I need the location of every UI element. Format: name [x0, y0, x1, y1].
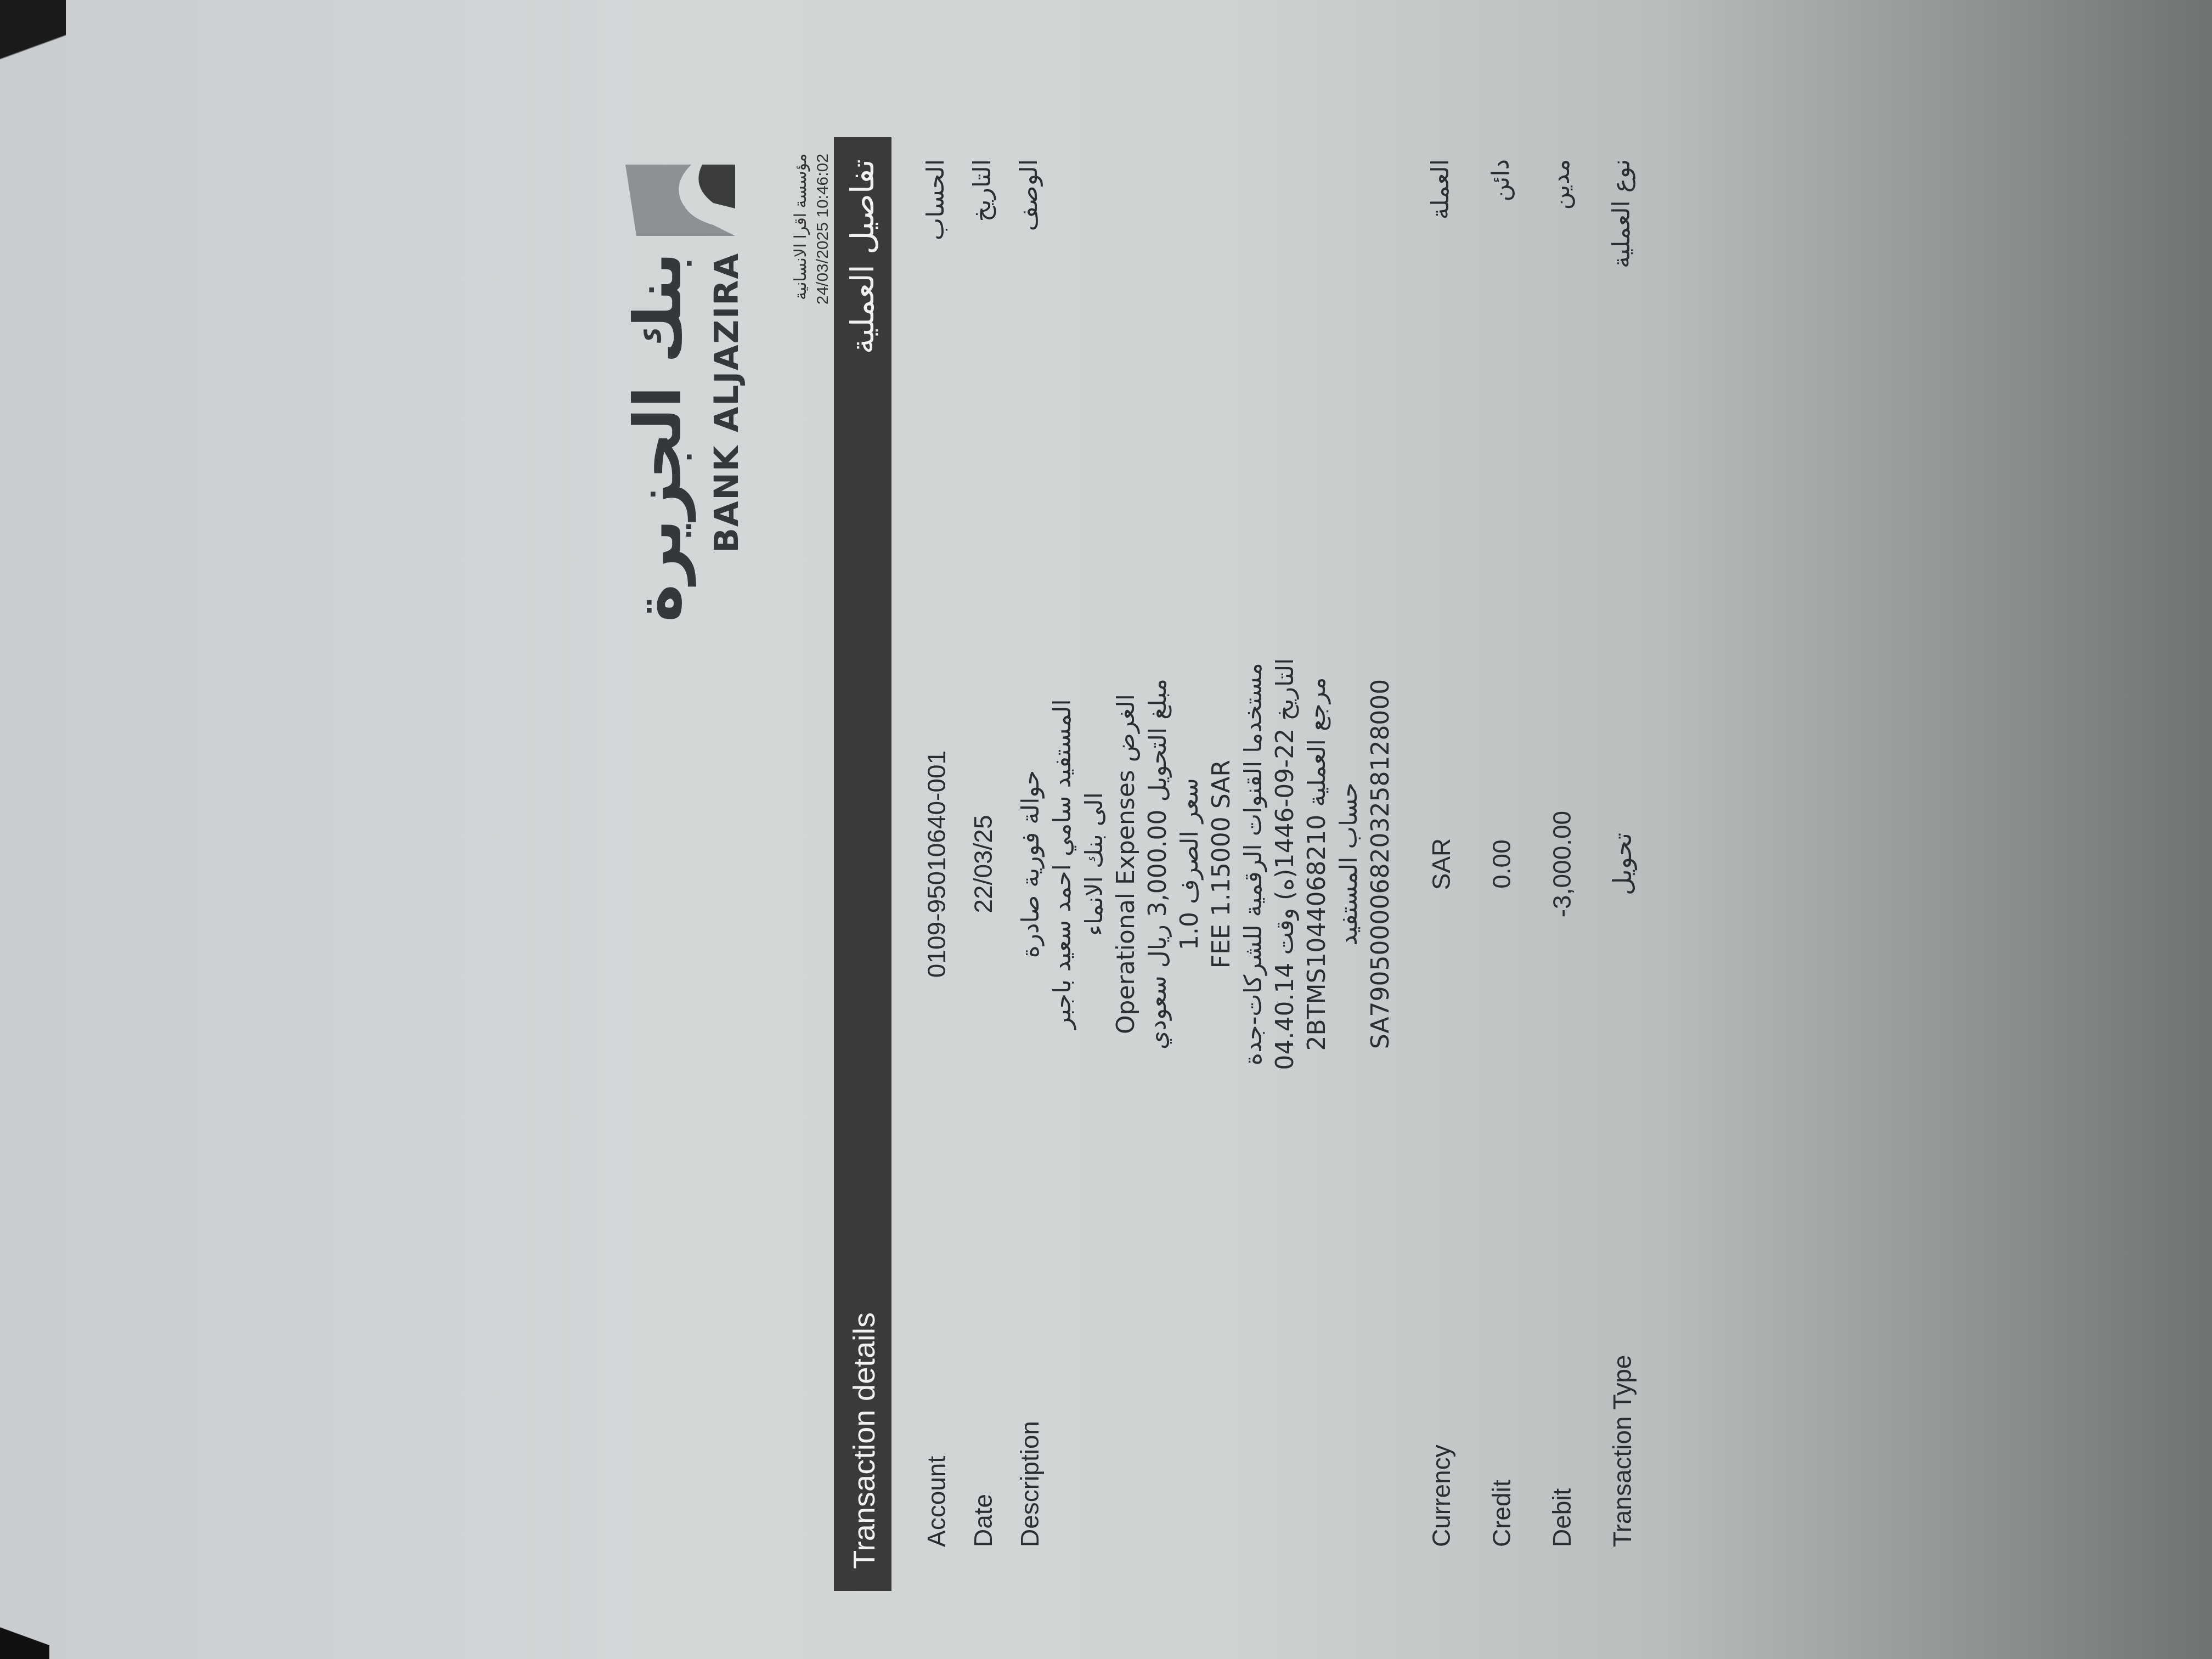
bank-name-en: BANK ALJAZIRA — [708, 252, 746, 553]
credit-label-ar: دائن — [1487, 159, 1515, 202]
description-line: الى بنك الانماء — [1079, 137, 1110, 1591]
bank-logo: بنك الجزيرة BANK ALJAZIRA — [625, 159, 768, 697]
section-title-ar: تفاصيل العملية — [844, 159, 881, 354]
description-line: الغرض Operational Expenses — [1110, 137, 1142, 1591]
description-value: حوالة فورية صادرةالمستفيد سامي احمد سعيد… — [1015, 137, 1397, 1591]
description-line: مبلغ التحويل 3,000.00 ريال سعودي — [1142, 137, 1174, 1591]
transaction-type-value: تحويل — [1607, 137, 1637, 1591]
customer-name: مؤسسة اقرا الانسانية — [790, 154, 812, 304]
account-label-ar: الحساب — [922, 159, 950, 240]
description-line: SA7905000068203258128000 — [1365, 137, 1397, 1591]
credit-value: 0.00 — [1487, 137, 1516, 1591]
description-line: مرجع العملية 2BTMS1044068210 — [1301, 137, 1333, 1591]
bank-name-ar: بنك الجزيرة — [625, 252, 690, 622]
description-line: التاريخ 22-09-1446(ه) وقت 04.40.14 — [1269, 137, 1301, 1591]
debit-value: -3,000.00 — [1547, 137, 1577, 1591]
background-shadow — [0, 0, 66, 143]
print-stamp: مؤسسة اقرا الانسانية 24/03/2025 10:46:02 — [790, 154, 834, 304]
background-shadow — [0, 1599, 49, 1659]
transaction-document: بنك الجزيرة BANK ALJAZIRA مؤسسة اقرا الا… — [318, 77, 1350, 1591]
currency-value: SAR — [1426, 137, 1456, 1591]
date-label-ar: التاريخ — [968, 159, 996, 222]
description-label-ar: الوصف — [1015, 159, 1043, 231]
transaction-type-label-ar: نوع العملية — [1607, 159, 1635, 268]
description-line: مستخدما القنوات الرقمية للشركات-جدة — [1238, 137, 1269, 1591]
currency-label-ar: العملة — [1426, 159, 1454, 219]
description-line: المستفيد سامي احمد سعيد باجبر — [1047, 137, 1079, 1591]
printed-at: 24/03/2025 10:46:02 — [812, 154, 834, 304]
account-value: 0109-95010640-001 — [922, 137, 951, 1591]
date-value: 22/03/25 — [968, 137, 998, 1591]
description-row: Description حوالة فورية صادرةالمستفيد سا… — [1015, 137, 1410, 1591]
section-title-en: Transaction details — [846, 1312, 882, 1569]
description-line: سعر الصرف 1.0 — [1174, 137, 1206, 1591]
debit-label-ar: مدين — [1547, 159, 1575, 210]
description-line: FEE 1.15000 SAR — [1206, 137, 1238, 1591]
section-header: Transaction details تفاصيل العملية — [834, 137, 891, 1591]
description-line: حساب المستفيد — [1333, 137, 1365, 1591]
bank-logo-icon — [625, 159, 735, 241]
description-line: حوالة فورية صادرة — [1015, 137, 1047, 1591]
